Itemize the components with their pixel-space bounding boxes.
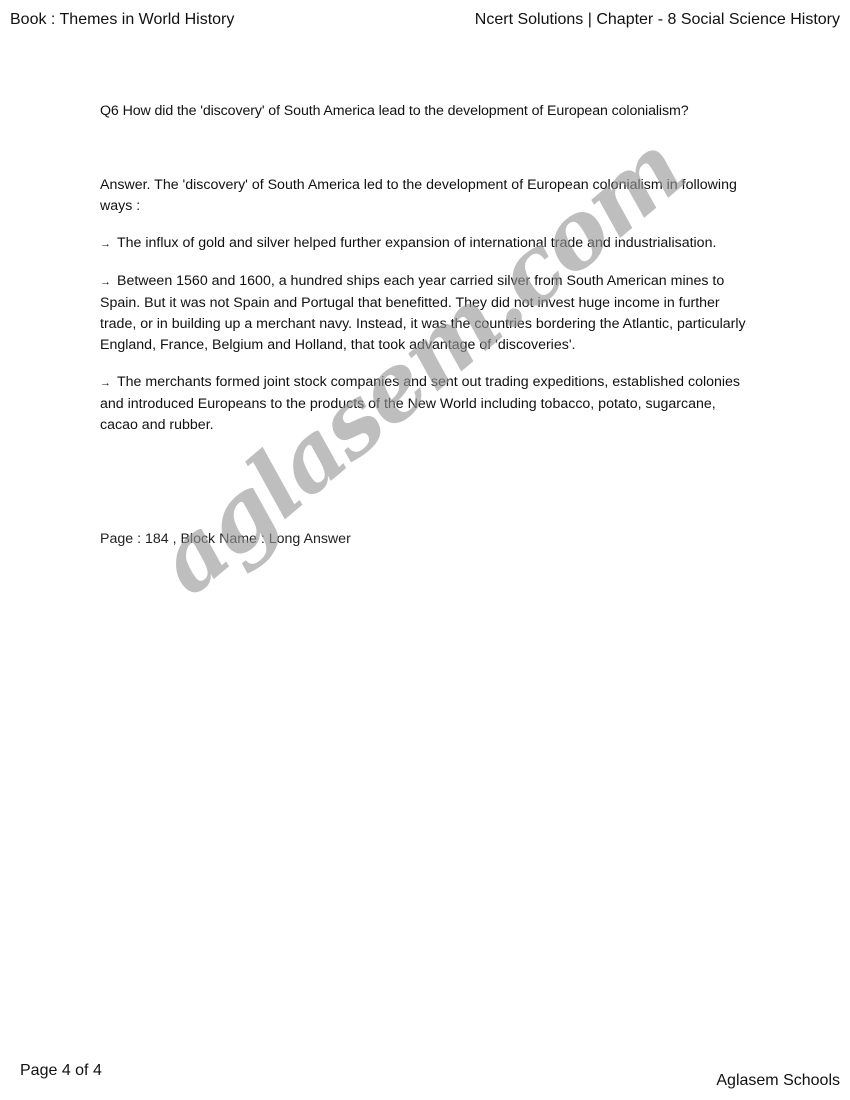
answer-point: →Between 1560 and 1600, a hundred ships … <box>100 271 750 356</box>
publisher-name: Aglasem Schools <box>716 1072 840 1090</box>
right-arrow-icon: → <box>100 238 111 250</box>
question-text: Q6 How did the 'discovery' of South Amer… <box>100 101 750 122</box>
answer-points: →The influx of gold and silver helped fu… <box>100 233 750 452</box>
right-arrow-icon: → <box>100 276 111 288</box>
answer-point-text: Between 1560 and 1600, a hundred ships e… <box>100 273 746 353</box>
page-number: Page 4 of 4 <box>20 1062 102 1080</box>
answer-point-text: The merchants formed joint stock compani… <box>100 374 740 433</box>
answer-point-text: The influx of gold and silver helped fur… <box>117 235 716 251</box>
page-block-info: Page : 184 , Block Name : Long Answer <box>100 529 750 550</box>
right-arrow-icon: → <box>100 377 111 389</box>
answer-intro: Answer. The 'discovery' of South America… <box>100 175 750 217</box>
answer-point: →The influx of gold and silver helped fu… <box>100 233 750 255</box>
chapter-title: Ncert Solutions | Chapter - 8 Social Sci… <box>475 10 840 30</box>
answer-point: →The merchants formed joint stock compan… <box>100 372 750 436</box>
book-title: Book : Themes in World History <box>10 10 234 30</box>
